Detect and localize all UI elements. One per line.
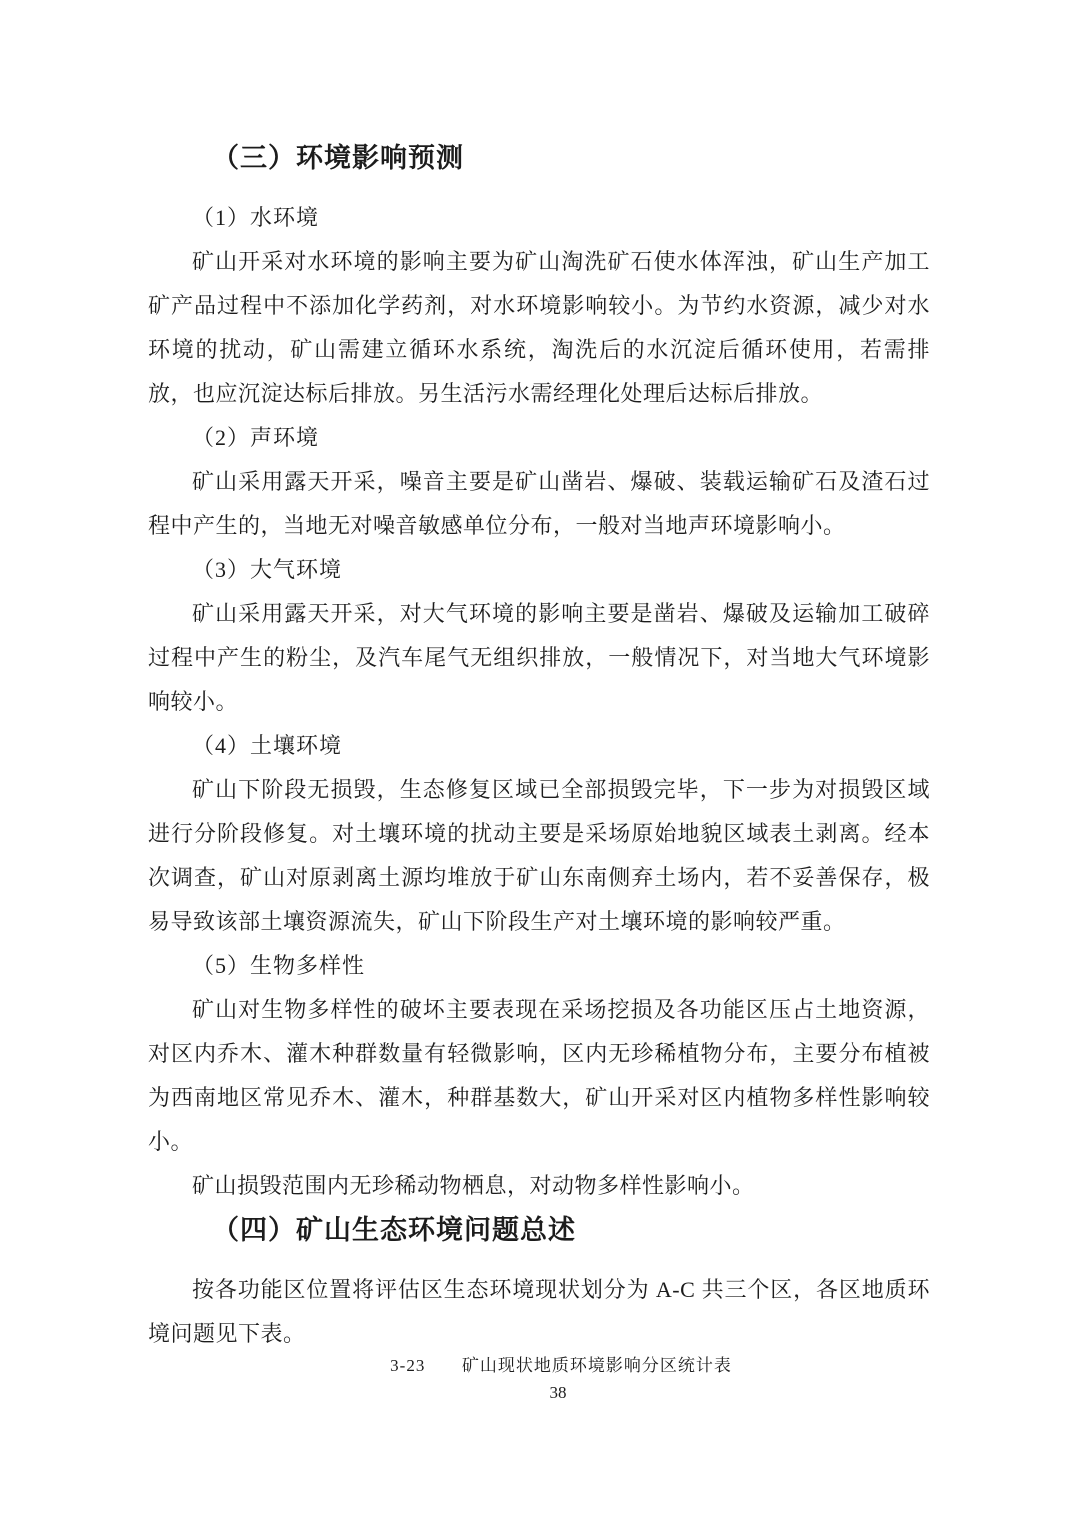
section-heading-4: （四）矿山生态环境问题总述 <box>148 1208 930 1252</box>
table-caption-number: 3-23 <box>390 1356 425 1375</box>
subsection-label-biodiversity: （5）生物多样性 <box>148 944 930 988</box>
paragraph-biodiversity-animals: 矿山损毁范围内无珍稀动物栖息，对动物多样性影响小。 <box>148 1164 930 1208</box>
paragraph-zoning: 按各功能区位置将评估区生态环境现状划分为 A-C 共三个区，各区地质环境问题见下… <box>148 1268 930 1356</box>
section-heading-3: （三）环境影响预测 <box>148 136 930 180</box>
subsection-label-soil: （4）土壤环境 <box>148 724 930 768</box>
paragraph-soil-environment: 矿山下阶段无损毁，生态修复区域已全部损毁完毕，下一步为对损毁区域进行分阶段修复。… <box>148 768 930 944</box>
page-number: 38 <box>42 1383 1074 1403</box>
document-page: （三）环境影响预测 （1）水环境 矿山开采对水环境的影响主要为矿山淘洗矿石使水体… <box>0 0 1074 1520</box>
paragraph-noise-environment: 矿山采用露天开采，噪音主要是矿山凿岩、爆破、装载运输矿石及渣石过程中产生的，当地… <box>148 460 930 548</box>
subsection-label-water: （1）水环境 <box>148 196 930 240</box>
subsection-label-air: （3）大气环境 <box>148 548 930 592</box>
subsection-label-noise: （2）声环境 <box>148 416 930 460</box>
paragraph-water-environment: 矿山开采对水环境的影响主要为矿山淘洗矿石使水体浑浊，矿山生产加工矿产品过程中不添… <box>148 240 930 416</box>
paragraph-biodiversity-plants: 矿山对生物多样性的破坏主要表现在采场挖损及各功能区压占土地资源，对区内乔木、灌木… <box>148 988 930 1164</box>
table-caption-title: 矿山现状地质环境影响分区统计表 <box>462 1356 732 1375</box>
paragraph-air-environment: 矿山采用露天开采，对大气环境的影响主要是凿岩、爆破及运输加工破碎过程中产生的粉尘… <box>148 592 930 724</box>
table-caption: 3-23 矿山现状地质环境影响分区统计表 <box>148 1352 930 1380</box>
